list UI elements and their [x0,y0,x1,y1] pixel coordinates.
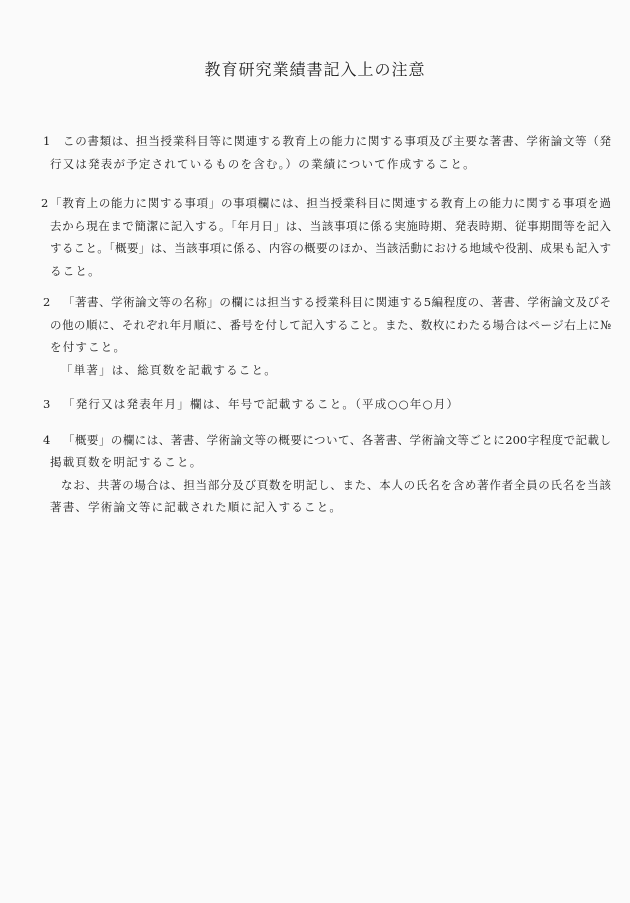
line-text: この書類は、担当授業科目等に関連する教育上の能力に関する事項及び主要な著書、学術… [63,134,611,148]
line-text: ること。 [50,264,101,278]
text-line: 去から現在まで簡潔に記入する。「年月日」は、当該事項に係る実施時期、発表時期、従… [0,215,630,238]
item-number: 4 [43,429,50,452]
note-item-4: 3「発行又は発表年月」欄は、年号で記載すること。（平成○○年○月） [0,393,630,416]
line-text: 去から現在まで簡潔に記入する。「年月日」は、当該事項に係る実施時期、発表時期、従… [50,219,611,233]
note-item-2: 2「教育上の能力に関する事項」の事項欄には、担当授業科目に関連する教育上の能力に… [0,192,630,282]
text-line: すること。「概要」は、当該事項に係る、内容の概要のほか、当該活動における地域や役… [0,237,630,260]
text-line: 1この書類は、担当授業科目等に関連する教育上の能力に関する事項及び主要な著書、学… [0,130,630,153]
note-item-5: 4「概要」の欄には、著書、学術論文等の概要について、各著書、学術論文等ごとに20… [0,429,630,519]
text-line: ること。 [0,260,630,283]
text-line: 4「概要」の欄には、著書、学術論文等の概要について、各著書、学術論文等ごとに20… [0,429,630,452]
item-number: 3 [43,393,50,416]
text-line: なお、共著の場合は、担当部分及び頁数を明記し、また、本人の氏名を含め著作者全員の… [0,474,630,497]
text-line: を付すこと。 [0,336,630,359]
document-page: 教育研究業績書記入上の注意 1この書類は、担当授業科目等に関連する教育上の能力に… [0,0,630,903]
line-text: なお、共著の場合は、担当部分及び頁数を明記し、また、本人の氏名を含め著作者全員の… [61,478,611,492]
note-item-3: 2「著書、学術論文等の名称」の欄には担当する授業科目に関連する5編程度の、著書、… [0,291,630,381]
line-text: を付すこと。 [50,340,126,354]
item-number: 2 [41,192,48,215]
text-line: 2「教育上の能力に関する事項」の事項欄には、担当授業科目に関連する教育上の能力に… [0,192,630,215]
line-text: の他の順に、それぞれ年月順に、番号を付して記入すること。また、数枚にわたる場合は… [50,318,611,332]
item-number: 1 [43,130,50,153]
line-text: 「発行又は発表年月」欄は、年号で記載すること。（平成○○年○月） [63,397,459,411]
text-line: 2「著書、学術論文等の名称」の欄には担当する授業科目に関連する5編程度の、著書、… [0,291,630,314]
text-line: 3「発行又は発表年月」欄は、年号で記載すること。（平成○○年○月） [0,393,630,416]
text-line: 著書、学術論文等に記載された順に記入すること。 [0,496,630,519]
line-text: 掲載頁数を明記すること。 [50,455,202,469]
line-text: すること。「概要」は、当該事項に係る、内容の概要のほか、当該活動における地域や役… [50,241,611,255]
text-line: 行又は発表が予定されているものを含む。）の業績について作成すること。 [0,153,630,176]
line-text: 「教育上の能力に関する事項」の事項欄には、担当授業科目に関連する教育上の能力に関… [50,196,611,210]
note-item-1: 1この書類は、担当授業科目等に関連する教育上の能力に関する事項及び主要な著書、学… [0,130,630,175]
line-text: 著書、学術論文等に記載された順に記入すること。 [50,500,342,514]
text-line: 「単著」は、総頁数を記載すること。 [0,359,630,382]
text-line: 掲載頁数を明記すること。 [0,451,630,474]
document-body: 1この書類は、担当授業科目等に関連する教育上の能力に関する事項及び主要な著書、学… [0,130,630,519]
text-line: の他の順に、それぞれ年月順に、番号を付して記入すること。また、数枚にわたる場合は… [0,314,630,337]
document-title: 教育研究業績書記入上の注意 [0,57,630,83]
line-text: 「単著」は、総頁数を記載すること。 [61,363,277,377]
line-text: 行又は発表が予定されているものを含む。）の業績について作成すること。 [50,157,476,171]
item-number: 2 [43,291,50,314]
line-text: 「概要」の欄には、著書、学術論文等の概要について、各著書、学術論文等ごとに200… [63,433,611,447]
line-text: 「著書、学術論文等の名称」の欄には担当する授業科目に関連する5編程度の、著書、学… [63,295,611,309]
